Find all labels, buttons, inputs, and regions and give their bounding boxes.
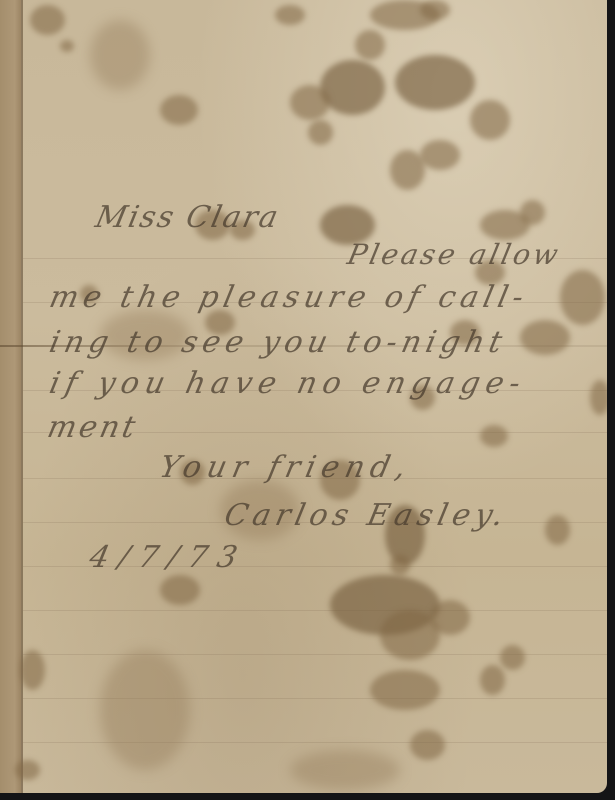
- letter-closing: Your friend,: [156, 450, 415, 485]
- stain: [500, 645, 525, 670]
- stain: [90, 20, 150, 90]
- stain: [520, 200, 545, 225]
- letter-salutation: Miss Clara: [92, 200, 283, 235]
- stain: [470, 100, 510, 140]
- stain: [60, 40, 74, 52]
- stain: [160, 95, 198, 125]
- stain: [430, 600, 470, 635]
- stain: [308, 120, 333, 145]
- stain: [290, 750, 400, 790]
- stain: [480, 665, 505, 695]
- stain: [590, 380, 607, 415]
- letter-date: 4/7/73: [86, 540, 250, 575]
- stain: [20, 650, 45, 690]
- stain: [560, 270, 605, 325]
- stain: [160, 575, 200, 605]
- letter-line: if you have no engage-: [46, 366, 529, 401]
- letter-line: ment: [44, 410, 141, 445]
- stain: [30, 5, 65, 35]
- stain: [420, 140, 460, 170]
- stain: [320, 60, 385, 115]
- letter-line: ing to see you to-night: [46, 325, 510, 360]
- stain: [410, 730, 445, 760]
- stain: [390, 555, 410, 575]
- stain: [370, 670, 440, 710]
- stain: [100, 650, 190, 770]
- stain: [420, 0, 450, 20]
- stain: [520, 320, 570, 355]
- ruled-line: [23, 610, 607, 611]
- stain: [545, 515, 570, 545]
- letter-line: me the pleasure of call-: [46, 280, 531, 315]
- letter-signature: Carlos Easley.: [221, 498, 511, 533]
- letter-line: Please allow: [344, 238, 563, 271]
- letter-paper: Miss Clara Please allow me the pleasure …: [0, 0, 607, 793]
- paper-left-edge: [0, 0, 21, 793]
- stain: [395, 55, 475, 110]
- stain: [355, 30, 385, 60]
- stain: [480, 425, 508, 447]
- stain: [15, 760, 40, 780]
- stain: [290, 85, 330, 120]
- stain: [275, 5, 305, 25]
